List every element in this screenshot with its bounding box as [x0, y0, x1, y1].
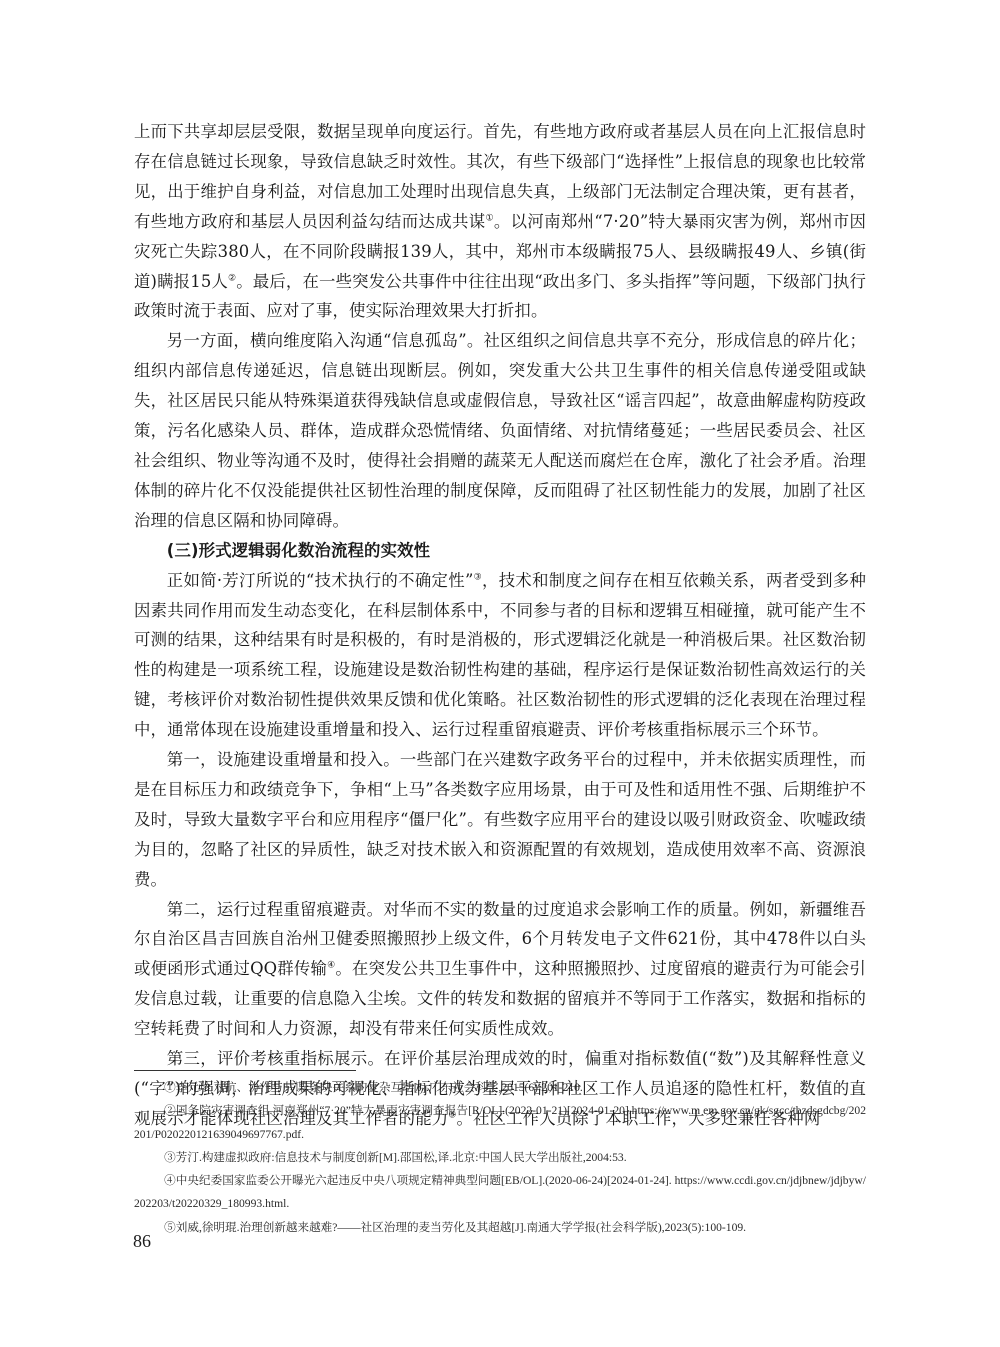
- footnote-ref-1[interactable]: ①: [485, 213, 493, 223]
- footnote-ref-2[interactable]: ②: [228, 273, 236, 283]
- footnote-2: ②国务院灾害调查组.河南郑州“7·20”特大暴雨灾害调查报告[R/OL].(20…: [134, 1099, 866, 1146]
- footnote-divider: [134, 1070, 356, 1071]
- footnote-4: ④中央纪委国家监委公开曝光六起违反中央八项规定精神典型问题[EB/OL].(20…: [134, 1169, 866, 1216]
- footnotes: ①李元珍.对抗、协作与共谋:条块关系的复杂互动[J].广东社会科学,2015(6…: [134, 1076, 866, 1239]
- paragraph-first-point: 第一，设施建设重增量和投入。一些部门在兴建数字政务平台的过程中，并未依据实质理性…: [134, 745, 866, 895]
- footnote-1: ①李元珍.对抗、协作与共谋:条块关系的复杂互动[J].广东社会科学,2015(6…: [134, 1076, 866, 1099]
- page-number: 86: [133, 1231, 151, 1252]
- document-page: 上而下共享却层层受限，数据呈现单向度运行。首先，有些地方政府或者基层人员在向上汇…: [0, 0, 1000, 1347]
- paragraph-text: 。最后，在一些突发公共事件中往往出现“政出多门、多头指挥”等问题，下级部门执行政…: [134, 272, 866, 321]
- section-heading: (三)形式逻辑弱化数治流程的实效性: [134, 536, 866, 566]
- paragraph-horizontal-silos: 另一方面，横向维度陷入沟通“信息孤岛”。社区组织之间信息共享不充分，形成信息的碎…: [134, 326, 866, 535]
- footnote-3: ③芳汀.构建虚拟政府:信息技术与制度创新[M].邵国松,译.北京:中国人民大学出…: [134, 1146, 866, 1169]
- footnote-ref-3[interactable]: ③: [473, 572, 482, 582]
- paragraph-text: ，技术和制度之间存在相互依赖关系，两者受到多种因素共同作用而发生动态变化，在科层…: [134, 571, 866, 740]
- body-text: 上而下共享却层层受限，数据呈现单向度运行。首先，有些地方政府或者基层人员在向上汇…: [134, 117, 866, 1134]
- footnote-5: ⑤刘威,徐明琨.治理创新越来越难?——社区治理的麦当劳化及其超越[J].南通大学…: [134, 1216, 866, 1239]
- paragraph-continuation: 上而下共享却层层受限，数据呈现单向度运行。首先，有些地方政府或者基层人员在向上汇…: [134, 117, 866, 326]
- paragraph-formal-logic: 正如简·芳汀所说的“技术执行的不确定性”③，技术和制度之间存在相互依赖关系，两者…: [134, 566, 866, 745]
- paragraph-second-point: 第二，运行过程重留痕避责。对华而不实的数量的过度追求会影响工作的质量。例如，新疆…: [134, 895, 866, 1045]
- paragraph-text: 正如简·芳汀所说的“技术执行的不确定性”: [167, 571, 474, 590]
